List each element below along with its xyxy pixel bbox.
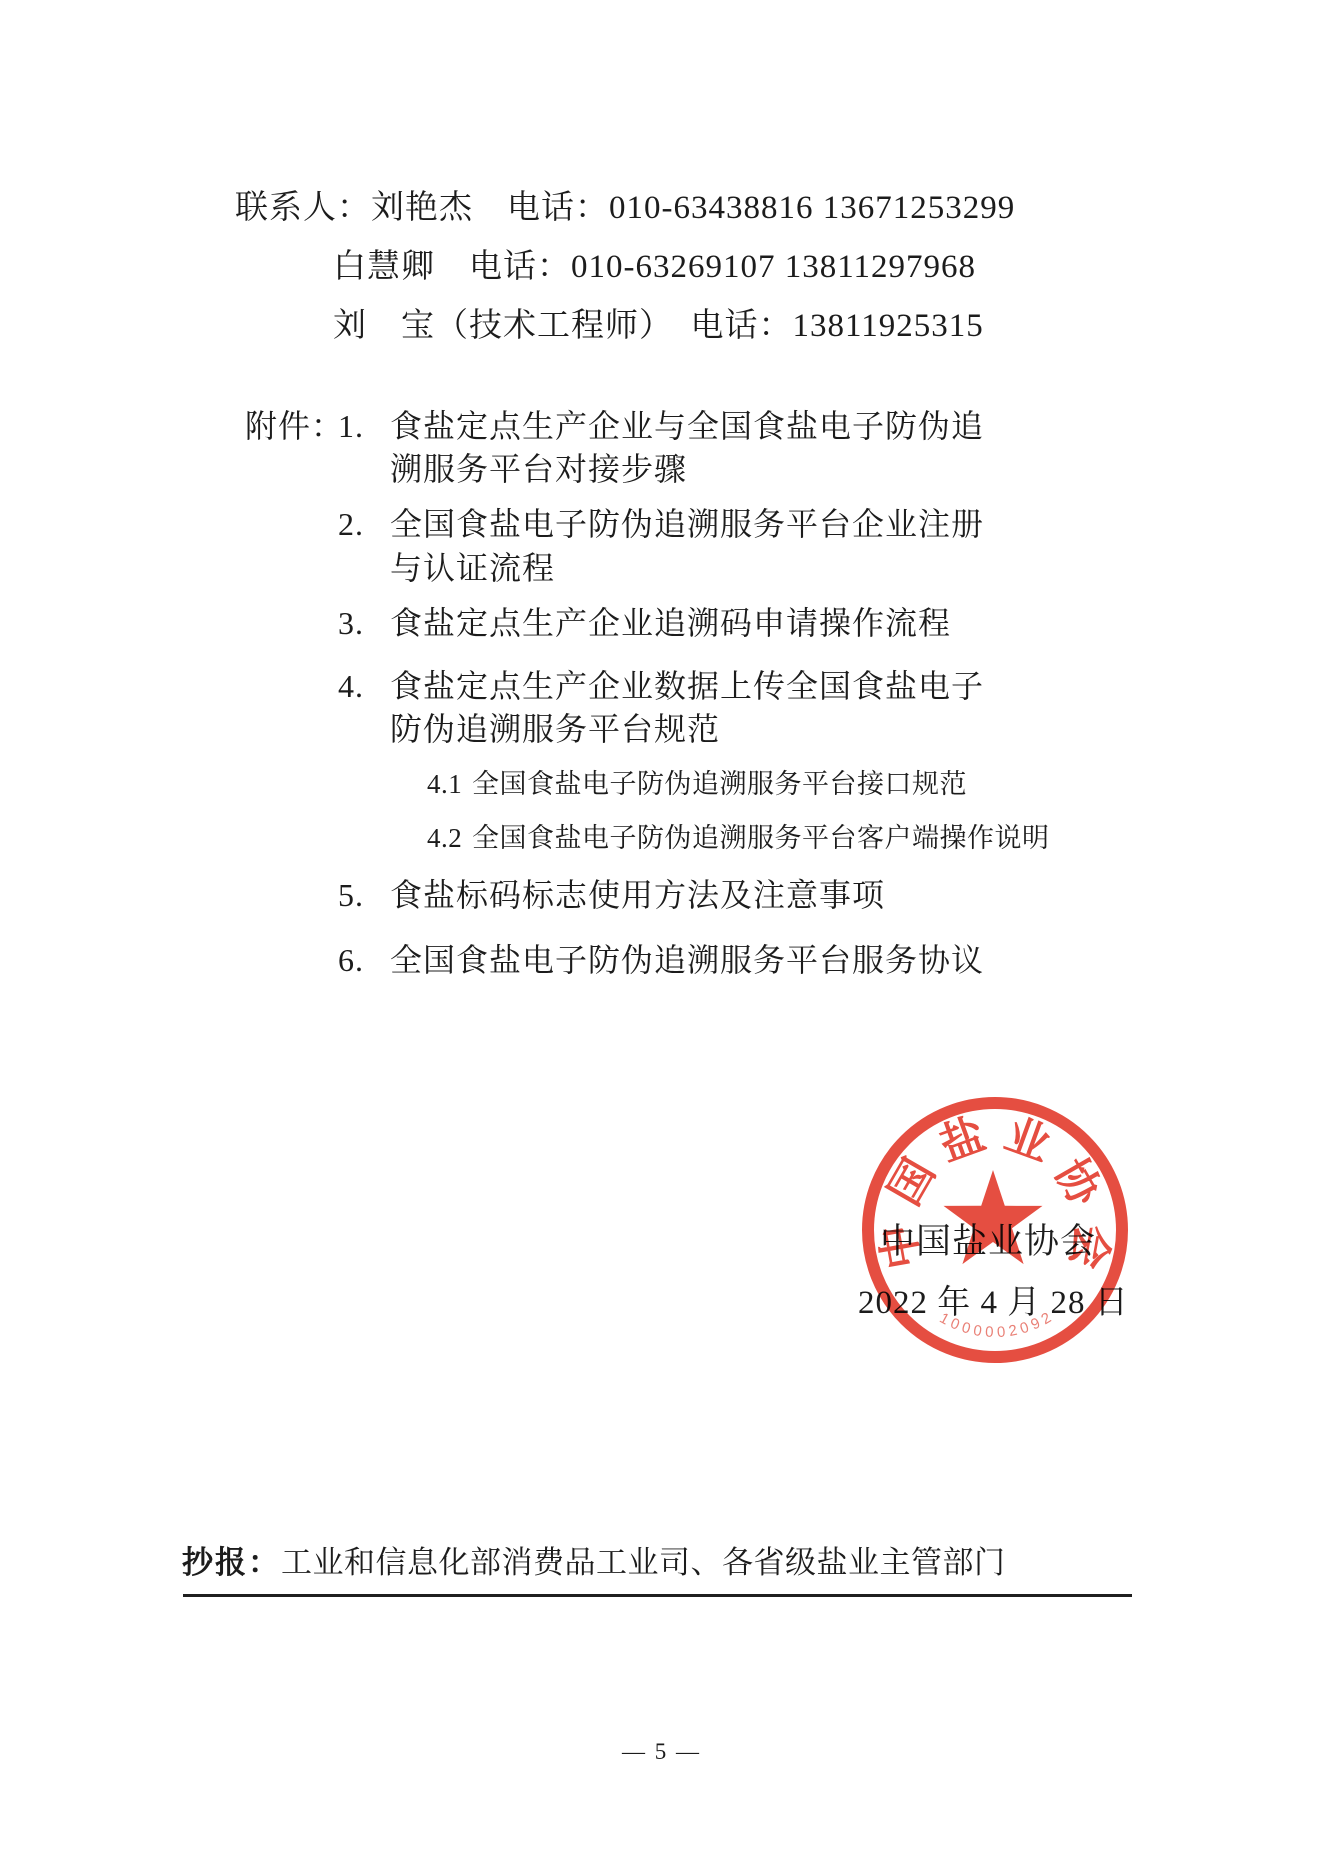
- attachment-item-1-continuation: 溯服务平台对接步骤: [390, 453, 687, 485]
- cc-line: 抄报：工业和信息化部消费品工业司、各省级盐业主管部门: [182, 1547, 1006, 1578]
- attachment-subitem-4-2-number: 4.2: [427, 825, 472, 852]
- contact-line-1: 联系人：刘艳杰 电话：010-63438816 13671253299: [235, 192, 1015, 225]
- seal-serial-number: 1000002092: [937, 1307, 1058, 1341]
- attachment-subitem-4-1-text: 全国食盐电子防伪追溯服务平台接口规范: [472, 769, 967, 799]
- seal-star-icon: [944, 1170, 1043, 1264]
- attachment-item-6-number: 6.: [338, 944, 390, 976]
- attachment-subitem-4-1-number: 4.1: [427, 771, 472, 798]
- contact-line-2: 白慧卿 电话：010-63269107 13811297968: [333, 251, 976, 284]
- attachment-item-5-number: 5.: [338, 879, 390, 911]
- attachment-item-4-number: 4.: [338, 670, 390, 702]
- attachment-item-1: 1.食盐定点生产企业与全国食盐电子防伪追: [338, 410, 984, 442]
- cc-text: 工业和信息化部消费品工业司、各省级盐业主管部门: [281, 1545, 1006, 1580]
- attachment-label: 附件：: [245, 410, 344, 442]
- attachment-item-5-text: 食盐标码标志使用方法及注意事项: [390, 877, 885, 913]
- attachment-item-3-number: 3.: [338, 607, 390, 639]
- attachment-item-1-text: 食盐定点生产企业与全国食盐电子防伪追: [390, 408, 984, 444]
- attachment-subitem-4-1: 4.1全国食盐电子防伪追溯服务平台接口规范: [427, 771, 967, 798]
- attachment-subitem-4-2: 4.2全国食盐电子防伪追溯服务平台客户端操作说明: [427, 825, 1050, 852]
- attachment-item-2-continuation: 与认证流程: [390, 552, 555, 584]
- attachment-subitem-4-2-text: 全国食盐电子防伪追溯服务平台客户端操作说明: [472, 823, 1050, 853]
- attachment-item-4-text: 食盐定点生产企业数据上传全国食盐电子: [390, 668, 984, 704]
- svg-text:中: 中: [873, 1221, 929, 1273]
- footer-divider: [183, 1594, 1132, 1597]
- attachment-item-6: 6.全国食盐电子防伪追溯服务平台服务协议: [338, 944, 984, 976]
- attachment-item-2: 2.全国食盐电子防伪追溯服务平台企业注册: [338, 508, 984, 540]
- attachment-item-4-continuation: 防伪追溯服务平台规范: [390, 713, 720, 745]
- attachment-item-5: 5.食盐标码标志使用方法及注意事项: [338, 879, 885, 911]
- official-seal-stamp: 中 国 盐 业 协 会 1000002092: [851, 1091, 1139, 1379]
- contact-line-3: 刘 宝（技术工程师） 电话：13811925315: [333, 310, 984, 343]
- attachment-item-2-text: 全国食盐电子防伪追溯服务平台企业注册: [390, 506, 984, 542]
- cc-label: 抄报：: [182, 1545, 281, 1580]
- attachment-item-1-number: 1.: [338, 410, 390, 442]
- svg-text:会: 会: [1061, 1221, 1117, 1273]
- attachment-item-2-number: 2.: [338, 508, 390, 540]
- attachment-item-3-text: 食盐定点生产企业追溯码申请操作流程: [390, 605, 951, 641]
- document-page: 联系人：刘艳杰 电话：010-63438816 13671253299 白慧卿 …: [0, 0, 1323, 1871]
- attachment-item-4: 4.食盐定点生产企业数据上传全国食盐电子: [338, 670, 984, 702]
- page-number: — 5 —: [0, 1740, 1323, 1763]
- attachment-item-3: 3.食盐定点生产企业追溯码申请操作流程: [338, 607, 951, 639]
- attachment-item-6-text: 全国食盐电子防伪追溯服务平台服务协议: [390, 942, 984, 978]
